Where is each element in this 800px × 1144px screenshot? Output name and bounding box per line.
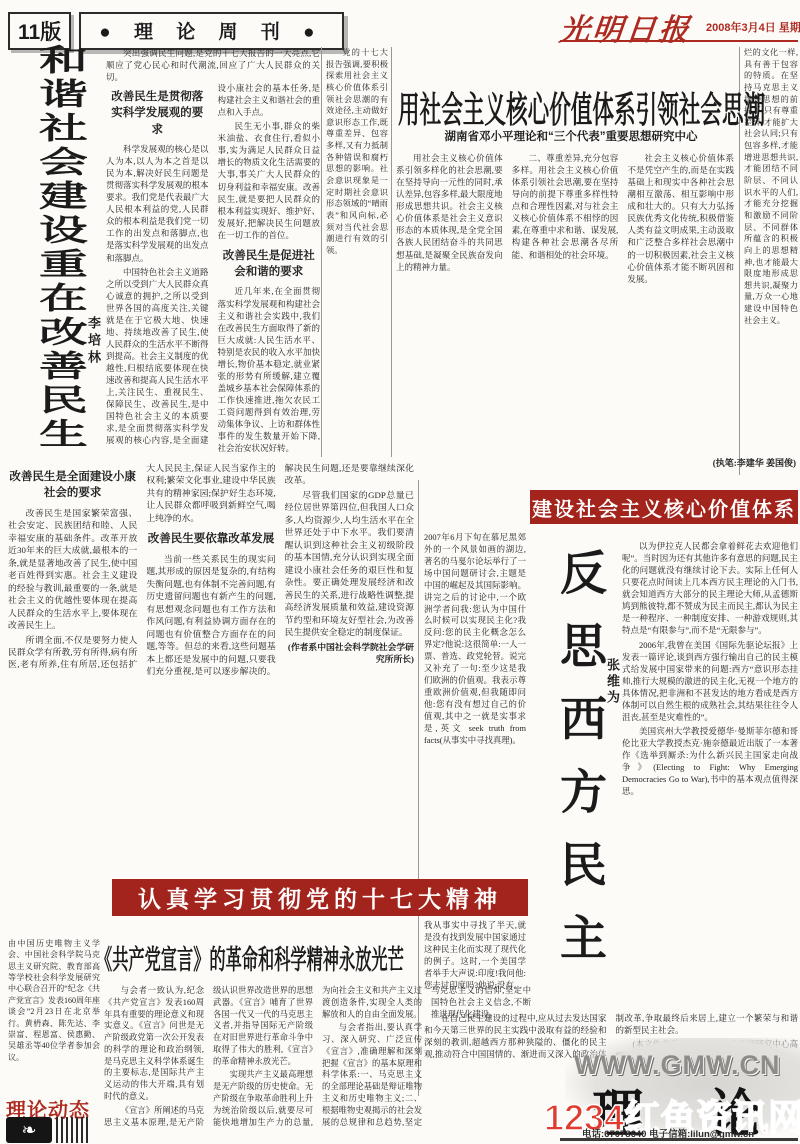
article2-headline: 用社会主义核心价值体系引领社会思潮 bbox=[398, 82, 765, 133]
issue-date: 2008年3月4日 星期二 bbox=[706, 19, 800, 35]
article2-paragraph: 社会主义核心价值体系不是凭空产生的,而是在实践基础上和现实中各种社会思潮相互激荡… bbox=[627, 152, 734, 285]
article4-intro-column: 由中国历史唯物主义学会、中国社会科学院马克思主义研究院、教育部高等学校社会科学发… bbox=[8, 938, 100, 1090]
bottom-right-rule bbox=[560, 1138, 798, 1141]
article1-paragraph: 改善民生是国家繁荣富强、社会安定、民族团结和睦、人民幸福安康的基础条件。改革开放… bbox=[8, 507, 137, 632]
masthead-logo: 光明日报 bbox=[558, 5, 695, 49]
article2-paragraph: 烂的文化一样,具有善于包容的特质。在坚持马克思主义指导思想的前提下,只有尊重差异… bbox=[744, 47, 798, 326]
article1-subhead-4: 改善民生要依靠改革发展 bbox=[146, 531, 275, 547]
article2-right-column: 烂的文化一样,具有善于包容的特质。在坚持马克思主义指导思想的前提下,只有尊重差异… bbox=[744, 47, 798, 475]
banner-core-values: 建设社会主义核心价值体系 bbox=[530, 490, 798, 524]
divider-vertical-2 bbox=[391, 47, 392, 457]
article3-paragraph: 我从事实中寻找了半天,就是没有找到发展中国家通过这种民主化而实现了现代化的例子。… bbox=[424, 920, 526, 992]
article3-paragraph: 2007年6月下旬在慕尼黑郊外的一个风景如画的湖边,著名的马戛尔论坛举行了一场中… bbox=[424, 532, 526, 747]
article1-endnote: (作者系中国社会科学院社会学研究所所长) bbox=[285, 641, 414, 666]
floral-swirl-icon: ❧ bbox=[6, 1117, 52, 1143]
article2-paragraph: 用社会主义核心价值体系引领多样化的社会思潮,要在坚持导向一元性的同时,承认差异,… bbox=[396, 152, 503, 273]
article1-top-columns: 改善民生是贯彻落实科学发展观的要求 科学发展观的核心是以人为本,以人为本之首是以… bbox=[106, 82, 320, 456]
article1-paragraph: 科学发展观的核心是以人为本,以人为本之首是以民为本,解决好民生问题是贯彻落实科学… bbox=[106, 143, 209, 264]
article2-paragraph: 党的十七大报告强调,要积极探索用社会主义核心价值体系引领社会思潮的有效途径,主动… bbox=[326, 47, 388, 257]
article4-paragraph: 与会者一致认为,纪念《共产党宣言》发表160周年具有重要的理论意义和现实意义。《… bbox=[104, 985, 204, 1103]
article2-paragraph: 二、尊重差异,充分包容多样。用社会主义核心价值体系引领社会思潮,要在坚持导向的前… bbox=[512, 152, 619, 261]
masthead-rule bbox=[560, 40, 798, 42]
article3-author: 张维为 bbox=[604, 658, 620, 706]
article1-paragraph: 民生无小事,群众的柴米油盐、衣食住行,看似小事,实为满足人民群众日益增长的物质文… bbox=[218, 120, 321, 241]
article3-left-column: 2007年6月下旬在慕尼黑郊外的一个风景如画的湖边,著名的马戛尔论坛举行了一场中… bbox=[424, 532, 526, 872]
article3-title: 反思西方民主 bbox=[550, 548, 608, 1008]
barcode-stripes-decoration bbox=[56, 1117, 88, 1143]
article3-paragraph: 美国宾州大学教授爱德华·曼斯菲尔德和哥伦比亚大学教授杰克·施奈德最近出版了一本著… bbox=[622, 725, 798, 797]
article1-subhead-1: 改善民生是贯彻落实科学发展观的要求 bbox=[106, 89, 209, 138]
newspaper-page: 11版 ● 理 论 周 刊 ● 光明日报 2008年3月4日 星期二 和谐社会建… bbox=[0, 0, 800, 1144]
article1-bottom-columns: 改善民生是全面建设小康社会的要求 改善民生是国家繁荣富强、社会安定、民族团结和睦… bbox=[8, 462, 414, 866]
article4-intro-text: 由中国历史唯物主义学会、中国社会科学院马克思主义研究院、教育部高等学校社会科学发… bbox=[8, 938, 100, 1063]
article2-body-columns: 用社会主义核心价值体系引领多样化的社会思潮,要在坚持导向一元性的同时,承认差异,… bbox=[396, 152, 734, 472]
article3-right-column: 以为伊拉克人民都会拿着鲜花去欢迎他们呢”。当时因为还有其他许多有意思的问题,民主… bbox=[622, 540, 798, 1008]
banner-17th-congress: 认真学习贯彻党的十七大精神 bbox=[112, 879, 528, 916]
article4-body-columns: 与会者一致认为,纪念《共产党宣言》发表160周年具有重要的理论意义和现实意义。《… bbox=[104, 985, 422, 1140]
article2-byline: 湖南省邓小平理论和“三个代表”重要思想研究中心 bbox=[398, 128, 744, 144]
article1-author: 李培林 bbox=[84, 316, 102, 367]
article2-endnote: (执笔:李建华 姜国俊) bbox=[636, 457, 796, 470]
article1-subhead-2: 改善民生是促进社会和谐的要求 bbox=[218, 248, 321, 281]
article1-paragraph: 近几年来,在全面贯彻落实科学发展观和构建社会主义和谐社会实践中,我们在改善民生方… bbox=[218, 285, 321, 454]
divider-vertical-1 bbox=[321, 47, 322, 457]
article3-paragraph: 2006年,我曾在美国《国际先驱论坛报》上发表一篇评论,谈到西方强行输出自己的民… bbox=[622, 639, 798, 723]
article1-paragraph: 尽管我们国家的GDP总量已经位居世界第四位,但我国人口众多,人均资源少,人均生活… bbox=[285, 489, 414, 639]
article1-lead-text: 突出强调民生问题,是党的十七大报告的一大亮点,它顺应了党心民心和时代潮流,回应了… bbox=[106, 47, 320, 83]
article3-paragraph: 以为伊拉克人民都会拿着鲜花去欢迎他们呢”。当时因为还有其他许多有意思的问题,民主… bbox=[622, 540, 798, 637]
article1-lead: 突出强调民生问题,是党的十七大报告的一大亮点,它顺应了党心民心和时代潮流,回应了… bbox=[106, 47, 320, 85]
article4-title: 《共产党宣言》的革命和科学精神永放光芒 bbox=[96, 938, 404, 977]
article2-left-column: 党的十七大报告强调,要积极探索用社会主义核心价值体系引领社会思潮的有效途径,主动… bbox=[326, 47, 388, 457]
article1-subhead-3: 改善民生是全面建设小康社会的要求 bbox=[8, 469, 137, 502]
